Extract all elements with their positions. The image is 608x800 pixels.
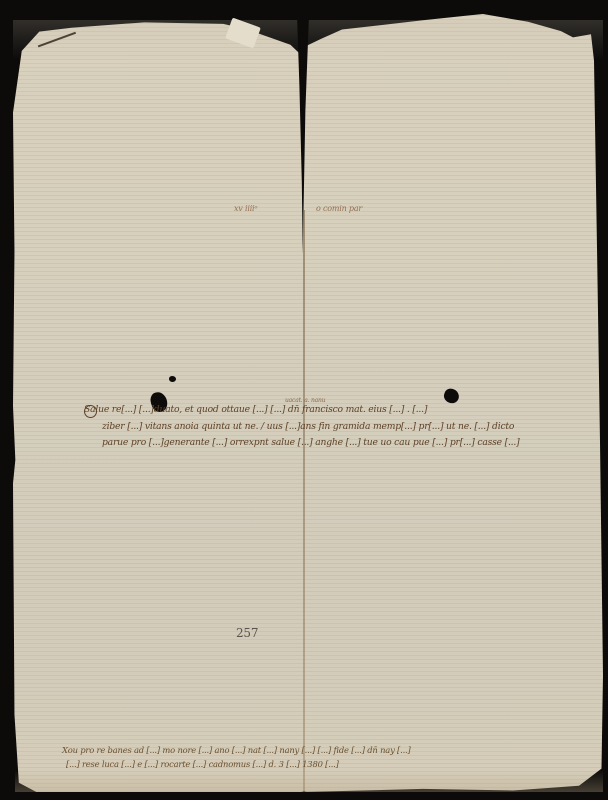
interlinear-note: uacat. a. nanu: [285, 397, 325, 404]
endorsement-line-3: parue pro [...]generante [...] orrexpnt …: [102, 437, 520, 448]
header-note-left: xv iiiiᵒ: [234, 204, 257, 213]
folio-number: 257: [236, 626, 258, 640]
paper-bottom-edge: [15, 770, 603, 792]
header-note-right: o comin par: [316, 204, 362, 213]
footer-line-2: [...] rese luca [...] e [...] rocarte [.…: [66, 759, 339, 769]
paper-hole-small: [169, 376, 176, 382]
endorsement-line-1: Salue re[...] [...]duato, et quod ottaue…: [84, 404, 427, 415]
endorsement-line-2: ziber [...] vitans anoia quinta ut ne. /…: [102, 421, 514, 432]
scan-background: xv iiiiᵒ o comin par uacat. a. nanu Salu…: [0, 0, 608, 800]
footer-line-1: Xou pro re banes ad [...] mo nore [...] …: [62, 745, 411, 755]
center-fold: [303, 210, 305, 792]
